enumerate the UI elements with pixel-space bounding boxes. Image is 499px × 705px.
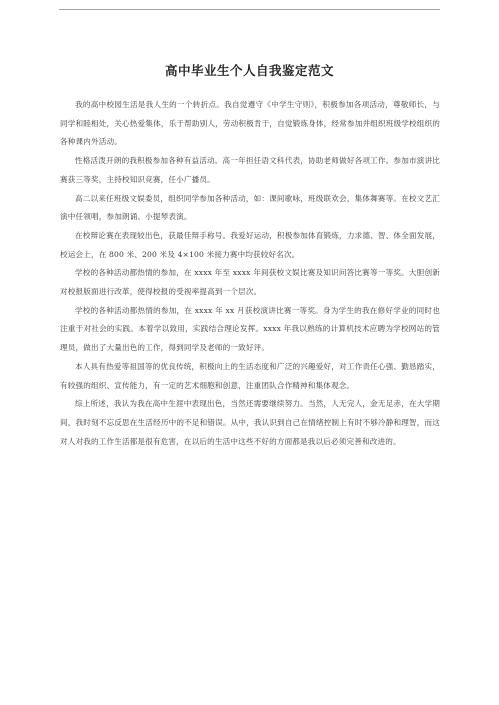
paragraph-conclusion: 综上所述，我认为我在高中生涯中表现出色，当然还需要继续努力。当然，人无完人，金无… <box>60 395 440 451</box>
paragraph-second-year: 高二以来任班级文娱委员，组织同学参加各种活动，如：课间歌咏，班级联欢会，集体舞赛… <box>60 190 440 227</box>
paragraph-debate-sports: 在校辩论赛在表现较出色，获最佳辩手称号。我爱好运动，积极参加体育锻炼，力求德、智… <box>60 227 440 264</box>
paragraph-intro: 我的高中校园生活是我人生的一个转折点。我自觉遵守《中学生守则》，积极参加各项活动… <box>60 96 440 152</box>
document-title: 高中毕业生个人自我鉴定范文 <box>0 61 499 79</box>
paragraph-social-practice: 学校的各种活动都热情的参加，在 xxxx 年 xx 月获校演讲比赛一等奖。身为学… <box>60 302 440 358</box>
header-rule <box>59 9 440 10</box>
paragraph-personal-qualities: 本人具有热爱等祖国等的优良传统，积极向上的生活态度和广泛的兴趣爱好，对工作责任心… <box>60 358 440 395</box>
paragraph-first-year: 性格活泼开朗的我积极参加各种有益活动。高一年担任语文科代表，协助老师做好各项工作… <box>60 152 440 189</box>
document-body: 我的高中校园生活是我人生的一个转折点。我自觉遵守《中学生守则》，积极参加各项活动… <box>60 96 440 451</box>
paragraph-school-activities: 学校的各种活动都热情的参加，在 xxxx 年至 xxxx 年间获校文娱比赛及知识… <box>60 264 440 301</box>
